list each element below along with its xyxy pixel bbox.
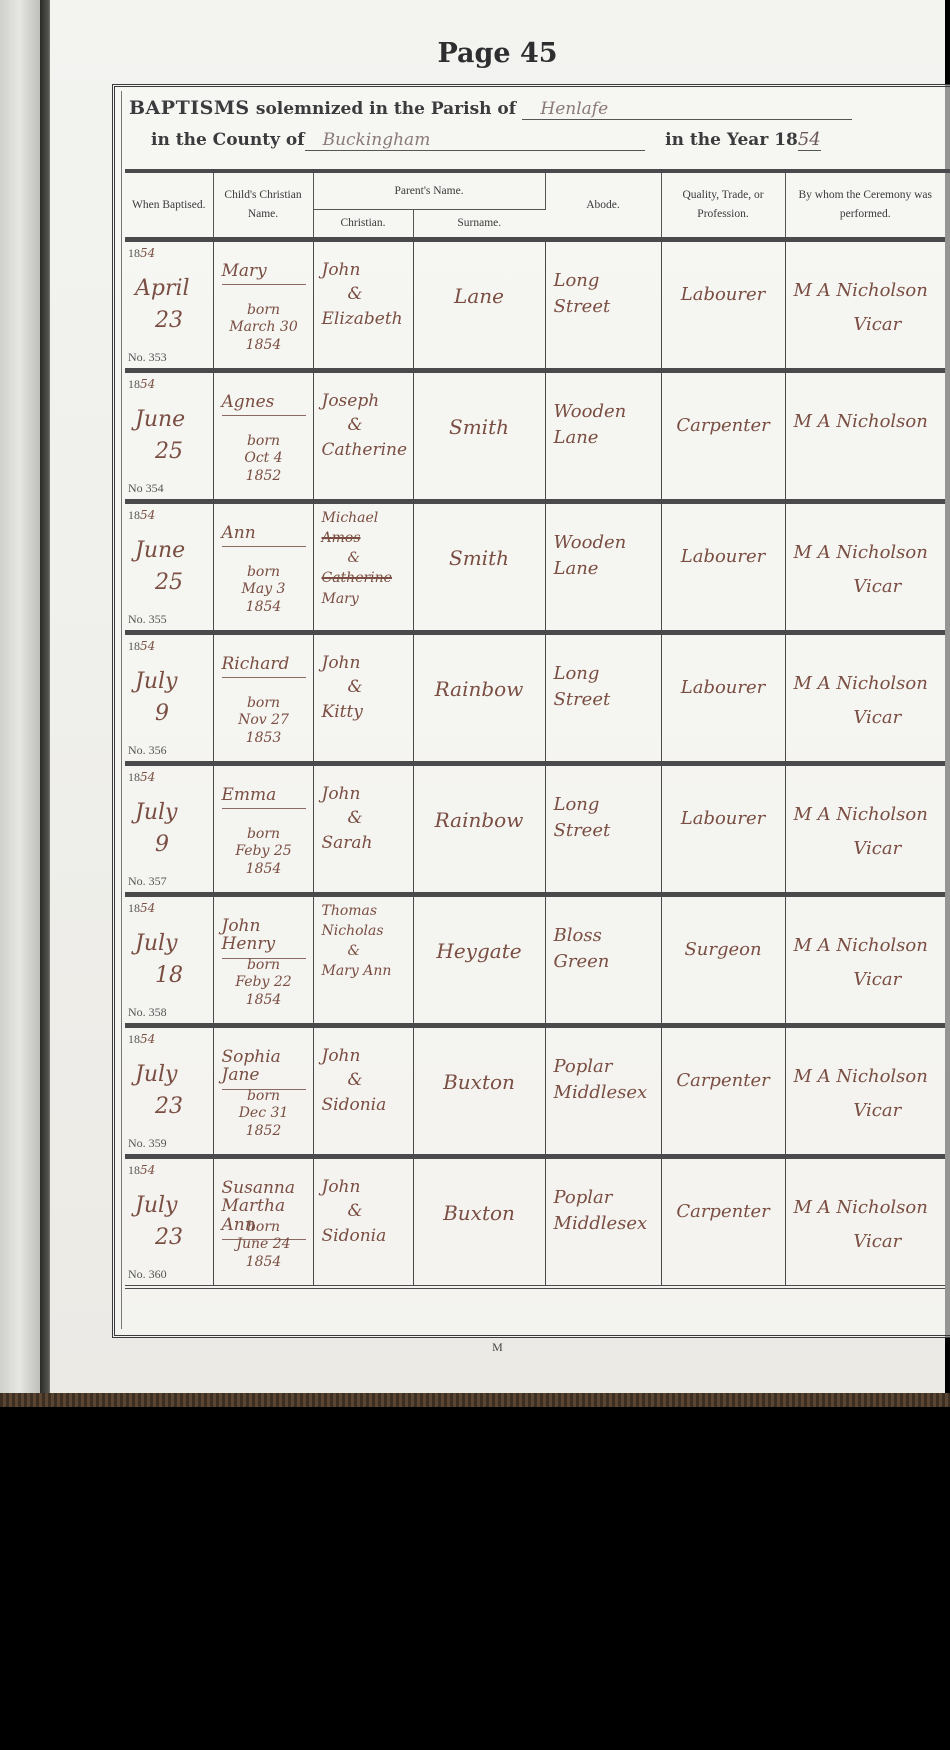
baptism-day: 23 <box>155 1094 183 1119</box>
child-christian-name: Ann <box>222 524 306 548</box>
abode: WoodenLane <box>554 399 655 451</box>
cell-abode: WoodenLane <box>545 501 661 632</box>
surname: Rainbow <box>420 677 539 701</box>
entry-year: 1854 <box>128 1032 155 1047</box>
abode-line: Long Street <box>554 268 655 320</box>
born-line: March 30 <box>222 319 306 337</box>
register-entry-row: 1854 June 25 No. 355 Ann bornMay 31854 M… <box>125 501 945 632</box>
register-entry-row: 1854 July 18 No. 358 John Henry bornFeby… <box>125 894 945 1025</box>
entry-year: 1854 <box>128 901 155 916</box>
surname: Buxton <box>420 1070 539 1094</box>
parents-christian-names: John&Kitty <box>322 651 406 725</box>
minister-role: Vicar <box>794 1225 942 1259</box>
cell-abode: Bloss Green <box>545 894 661 1025</box>
parents-christian-line: & <box>322 941 406 961</box>
born-line: 1854 <box>222 337 306 355</box>
cell-child-name: Richard bornNov 271853 <box>213 632 313 763</box>
child-christian-name: Emma <box>222 786 306 810</box>
officiating-minister: M A Nicholson Vicar <box>794 274 942 342</box>
cell-by-whom: M A Nicholson Vicar <box>785 1025 945 1156</box>
cell-surname: Lane <box>413 239 545 370</box>
register-entry-row: 1854 July 9 No. 356 Richard bornNov 2718… <box>125 632 945 763</box>
birth-date: bornFeby 251854 <box>222 826 306 879</box>
baptism-day: 23 <box>155 1225 183 1250</box>
cell-surname: Rainbow <box>413 632 545 763</box>
cell-parents-christian: Joseph&Catherine <box>313 370 413 501</box>
parents-christian-line: Sidonia <box>322 1224 406 1249</box>
cell-parents-christian: John&Sarah <box>313 763 413 894</box>
entry-number: No. 358 <box>128 1005 167 1020</box>
abode-line: Middlesex <box>554 1211 655 1237</box>
cell-quality: Carpenter <box>661 370 785 501</box>
surname: Rainbow <box>420 808 539 832</box>
col-header-when: When Baptised. <box>125 173 213 239</box>
entry-number: No. 360 <box>128 1267 167 1282</box>
cell-by-whom: M A Nicholson Vicar <box>785 894 945 1025</box>
minister-role: Vicar <box>794 308 942 342</box>
year-label: in the Year 18 <box>665 130 798 150</box>
baptism-day: 18 <box>155 963 183 988</box>
cell-abode: PoplarMiddlesex <box>545 1156 661 1287</box>
baptism-day: 9 <box>155 701 169 726</box>
parents-christian-line: Sidonia <box>322 1093 406 1118</box>
abode-line: Bloss Green <box>554 923 655 975</box>
baptism-month: June <box>135 538 185 563</box>
abode-line: Lane <box>554 425 655 451</box>
cell-by-whom: M A Nicholson Vicar <box>785 1156 945 1287</box>
minister-role: Vicar <box>794 1094 942 1128</box>
cell-child-name: Susanna Martha Ann bornJune 241854 <box>213 1156 313 1287</box>
col-header-by-whom: By whom the Ceremony was performed. <box>785 173 945 239</box>
entry-year: 1854 <box>128 1163 155 1178</box>
abode-line: Lane <box>554 556 655 582</box>
minister-role: Vicar <box>794 570 942 604</box>
born-line: June 24 <box>222 1236 306 1254</box>
born-line: 1852 <box>222 1123 306 1141</box>
county-line: in the County ofBuckingham in the Year 1… <box>151 129 821 151</box>
cell-when-baptised: 1854 July 9 No. 357 <box>125 763 213 894</box>
cell-parents-christian: ThomasNicholas&Mary Ann <box>313 894 413 1025</box>
register-title: BAPTISMS <box>129 97 250 119</box>
cell-quality: Carpenter <box>661 1025 785 1156</box>
abode-line: Poplar <box>554 1185 655 1211</box>
minister-role: Vicar <box>794 701 942 735</box>
register-entry-row: 1854 June 25 No 354 Agnes bornOct 41852 … <box>125 370 945 501</box>
parents-christian-names: ThomasNicholas&Mary Ann <box>322 901 406 982</box>
entry-number: No. 353 <box>128 350 167 365</box>
cell-parents-christian: John&Kitty <box>313 632 413 763</box>
officiating-minister: M A Nicholson Vicar <box>794 798 942 866</box>
cell-child-name: Emma bornFeby 251854 <box>213 763 313 894</box>
baptism-month: July <box>135 800 177 825</box>
parents-christian-line: John <box>322 651 406 676</box>
parents-christian-line: & <box>322 1199 406 1224</box>
minister-role: Vicar <box>794 832 942 866</box>
register-title-rest: solemnized in the Parish of <box>256 99 516 119</box>
birth-date: bornMay 31854 <box>222 564 306 617</box>
parents-christian-line: & <box>322 1068 406 1093</box>
baptism-table: When Baptised. Child's Christian Name. P… <box>125 173 945 1289</box>
parents-christian-line: & <box>322 675 406 700</box>
baptism-month: July <box>135 1062 177 1087</box>
cell-abode: PoplarMiddlesex <box>545 1025 661 1156</box>
county-label: in the County of <box>151 130 305 150</box>
child-christian-name: John Henry <box>222 917 306 959</box>
baptism-month: July <box>135 1193 177 1218</box>
baptism-day: 9 <box>155 832 169 857</box>
cell-quality: Labourer <box>661 239 785 370</box>
cell-abode: WoodenLane <box>545 370 661 501</box>
cell-quality: Labourer <box>661 763 785 894</box>
birth-date: bornJune 241854 <box>222 1219 306 1272</box>
born-line: 1854 <box>222 861 306 879</box>
parents-christian-line: John <box>322 1044 406 1069</box>
cell-surname: Buxton <box>413 1156 545 1287</box>
entry-year: 1854 <box>128 639 155 654</box>
parents-christian-line: Mary <box>322 589 406 609</box>
cell-by-whom: M A Nicholson Vicar <box>785 763 945 894</box>
baptism-month: April <box>135 276 190 301</box>
abode: Bloss Green <box>554 923 655 975</box>
baptism-day: 23 <box>155 308 183 333</box>
child-christian-name: Richard <box>222 655 306 679</box>
entry-number: No. 357 <box>128 874 167 889</box>
cell-surname: Rainbow <box>413 763 545 894</box>
parents-christian-names: Joseph&Catherine <box>322 389 406 463</box>
cell-by-whom: M A Nicholson Vicar <box>785 501 945 632</box>
parish-line: BAPTISMS solemnized in the Parish of Hen… <box>129 97 852 120</box>
register-entry-row: 1854 July 9 No. 357 Emma bornFeby 251854… <box>125 763 945 894</box>
register-page: Page 45 BAPTISMS solemnized in the Paris… <box>50 0 945 1393</box>
officiating-minister: M A Nicholson <box>794 405 942 439</box>
cell-parents-christian: John&Elizabeth <box>313 239 413 370</box>
abode: PoplarMiddlesex <box>554 1054 655 1106</box>
entry-year: 1854 <box>128 508 155 523</box>
parents-christian-line: & <box>322 413 406 438</box>
surname: Smith <box>420 415 539 439</box>
born-line: Nov 27 <box>222 712 306 730</box>
trade-profession: Carpenter <box>668 415 779 436</box>
cell-when-baptised: 1854 June 25 No 354 <box>125 370 213 501</box>
abode-line: Wooden <box>554 530 655 556</box>
minister-name: M A Nicholson <box>794 1066 928 1087</box>
cell-abode: Long Street <box>545 239 661 370</box>
cell-when-baptised: 1854 July 18 No. 358 <box>125 894 213 1025</box>
born-line: 1852 <box>222 468 306 486</box>
desk-surface <box>0 1393 950 1407</box>
surname: Smith <box>420 546 539 570</box>
trade-profession: Carpenter <box>668 1201 779 1222</box>
parents-christian-line: Catherine <box>322 438 406 463</box>
cell-surname: Heygate <box>413 894 545 1025</box>
baptism-month: July <box>135 931 177 956</box>
birth-date: bornFeby 221854 <box>222 957 306 1010</box>
col-header-parents: Parent's Name. <box>313 173 545 209</box>
birth-date: bornNov 271853 <box>222 695 306 748</box>
abode-line: Poplar <box>554 1054 655 1080</box>
page-number: Page 45 <box>50 38 945 69</box>
officiating-minister: M A Nicholson Vicar <box>794 536 942 604</box>
baptism-day: 25 <box>155 570 183 595</box>
cell-surname: Smith <box>413 501 545 632</box>
cell-surname: Smith <box>413 370 545 501</box>
col-header-abode: Abode. <box>545 173 661 239</box>
parents-christian-line: Michael <box>322 508 406 528</box>
birth-date: bornMarch 301854 <box>222 302 306 355</box>
born-line: born <box>222 695 306 713</box>
cell-by-whom: M A Nicholson Vicar <box>785 239 945 370</box>
born-line: Oct 4 <box>222 450 306 468</box>
abode-line: Wooden <box>554 399 655 425</box>
cell-by-whom: M A Nicholson Vicar <box>785 632 945 763</box>
parish-field: Henlafe <box>522 99 852 120</box>
trade-profession: Labourer <box>668 808 779 829</box>
born-line: Feby 22 <box>222 974 306 992</box>
born-line: born <box>222 1219 306 1237</box>
child-christian-name: Sophia Jane <box>222 1048 306 1090</box>
abode: PoplarMiddlesex <box>554 1185 655 1237</box>
cell-quality: Labourer <box>661 632 785 763</box>
register-entry-row: 1854 July 23 No. 360 Susanna Martha Ann … <box>125 1156 945 1287</box>
abode: Long Street <box>554 792 655 844</box>
birth-date: bornOct 41852 <box>222 433 306 486</box>
entry-year: 1854 <box>128 377 155 392</box>
col-header-parents-surname: Surname. <box>413 209 545 239</box>
col-header-quality: Quality, Trade, or Profession. <box>661 173 785 239</box>
born-line: born <box>222 1088 306 1106</box>
entry-year: 1854 <box>128 246 155 261</box>
cell-quality: Carpenter <box>661 1156 785 1287</box>
baptism-day: 25 <box>155 439 183 464</box>
born-line: 1854 <box>222 1254 306 1272</box>
col-header-child: Child's Christian Name. <box>213 173 313 239</box>
parents-christian-line: Kitty <box>322 700 406 725</box>
cell-child-name: Sophia Jane bornDec 311852 <box>213 1025 313 1156</box>
cell-child-name: Mary bornMarch 301854 <box>213 239 313 370</box>
trade-profession: Surgeon <box>668 939 779 960</box>
abode: Long Street <box>554 268 655 320</box>
parents-christian-line: John <box>322 258 406 283</box>
born-line: born <box>222 564 306 582</box>
birth-date: bornDec 311852 <box>222 1088 306 1141</box>
cell-quality: Labourer <box>661 501 785 632</box>
cell-child-name: Ann bornMay 31854 <box>213 501 313 632</box>
trade-profession: Labourer <box>668 546 779 567</box>
parents-christian-line: Elizabeth <box>322 307 406 332</box>
cell-abode: Long Street <box>545 763 661 894</box>
minister-name: M A Nicholson <box>794 411 928 432</box>
cell-parents-christian: John&Sidonia <box>313 1156 413 1287</box>
parents-christian-line: John <box>322 782 406 807</box>
cell-when-baptised: 1854 April 23 No. 353 <box>125 239 213 370</box>
born-line: 1854 <box>222 992 306 1010</box>
minister-name: M A Nicholson <box>794 280 928 301</box>
baptism-month: July <box>135 669 177 694</box>
minister-name: M A Nicholson <box>794 542 928 563</box>
abode: WoodenLane <box>554 530 655 582</box>
entry-year: 1854 <box>128 770 155 785</box>
register-entries: 1854 April 23 No. 353 Mary bornMarch 301… <box>125 239 945 1287</box>
abode: Long Street <box>554 661 655 713</box>
signature-mark: M <box>50 1340 945 1355</box>
parents-christian-line: Amos <box>322 528 406 548</box>
year-field: 54 <box>798 129 821 151</box>
parents-christian-names: MichaelAmos&CatherineMary <box>322 508 406 609</box>
born-line: born <box>222 826 306 844</box>
parents-christian-line: John <box>322 1175 406 1200</box>
abode-line: Long Street <box>554 792 655 844</box>
officiating-minister: M A Nicholson Vicar <box>794 929 942 997</box>
abode-line: Middlesex <box>554 1080 655 1106</box>
entry-number: No. 356 <box>128 743 167 758</box>
born-line: 1853 <box>222 730 306 748</box>
baptism-register-form: BAPTISMS solemnized in the Parish of Hen… <box>112 84 950 1338</box>
born-line: Dec 31 <box>222 1105 306 1123</box>
trade-profession: Labourer <box>668 677 779 698</box>
cell-when-baptised: 1854 July 9 No. 356 <box>125 632 213 763</box>
trade-profession: Labourer <box>668 284 779 305</box>
born-line: born <box>222 302 306 320</box>
born-line: born <box>222 433 306 451</box>
cell-abode: Long Street <box>545 632 661 763</box>
parents-christian-names: John&Elizabeth <box>322 258 406 332</box>
officiating-minister: M A Nicholson Vicar <box>794 1060 942 1128</box>
county-field: Buckingham <box>305 130 645 151</box>
parents-christian-line: Thomas <box>322 901 406 921</box>
parents-christian-line: & <box>322 548 406 568</box>
born-line: Feby 25 <box>222 843 306 861</box>
parents-christian-line: Nicholas <box>322 921 406 941</box>
minister-name: M A Nicholson <box>794 804 928 825</box>
parents-christian-line: Sarah <box>322 831 406 856</box>
minister-role: Vicar <box>794 963 942 997</box>
cell-by-whom: M A Nicholson <box>785 370 945 501</box>
entry-number: No 354 <box>128 481 164 496</box>
child-christian-name: Mary <box>222 262 306 286</box>
parents-christian-line: & <box>322 806 406 831</box>
born-line: born <box>222 957 306 975</box>
cell-child-name: Agnes bornOct 41852 <box>213 370 313 501</box>
born-line: May 3 <box>222 581 306 599</box>
entry-number: No. 359 <box>128 1136 167 1151</box>
parents-christian-line: Catherine <box>322 568 406 588</box>
register-entry-row: 1854 July 23 No. 359 Sophia Jane bornDec… <box>125 1025 945 1156</box>
parents-christian-line: Mary Ann <box>322 961 406 981</box>
born-line: 1854 <box>222 599 306 617</box>
parents-christian-names: John&Sidonia <box>322 1175 406 1249</box>
register-entry-row: 1854 April 23 No. 353 Mary bornMarch 301… <box>125 239 945 370</box>
surname: Lane <box>420 284 539 308</box>
entry-number: No. 355 <box>128 612 167 627</box>
minister-name: M A Nicholson <box>794 935 928 956</box>
minister-name: M A Nicholson <box>794 1197 928 1218</box>
parents-christian-line: Joseph <box>322 389 406 414</box>
parents-christian-names: John&Sidonia <box>322 1044 406 1118</box>
cell-child-name: John Henry bornFeby 221854 <box>213 894 313 1025</box>
cell-when-baptised: 1854 June 25 No. 355 <box>125 501 213 632</box>
baptism-month: June <box>135 407 185 432</box>
trade-profession: Carpenter <box>668 1070 779 1091</box>
cell-quality: Surgeon <box>661 894 785 1025</box>
cell-when-baptised: 1854 July 23 No. 360 <box>125 1156 213 1287</box>
abode-line: Long Street <box>554 661 655 713</box>
cell-parents-christian: MichaelAmos&CatherineMary <box>313 501 413 632</box>
cell-parents-christian: John&Sidonia <box>313 1025 413 1156</box>
surname: Buxton <box>420 1201 539 1225</box>
officiating-minister: M A Nicholson Vicar <box>794 1191 942 1259</box>
officiating-minister: M A Nicholson Vicar <box>794 667 942 735</box>
cell-when-baptised: 1854 July 23 No. 359 <box>125 1025 213 1156</box>
surname: Heygate <box>420 939 539 963</box>
col-header-parents-christian: Christian. <box>313 209 413 239</box>
parents-christian-names: John&Sarah <box>322 782 406 856</box>
child-christian-name: Agnes <box>222 393 306 417</box>
minister-name: M A Nicholson <box>794 673 928 694</box>
parents-christian-line: & <box>322 282 406 307</box>
cell-surname: Buxton <box>413 1025 545 1156</box>
